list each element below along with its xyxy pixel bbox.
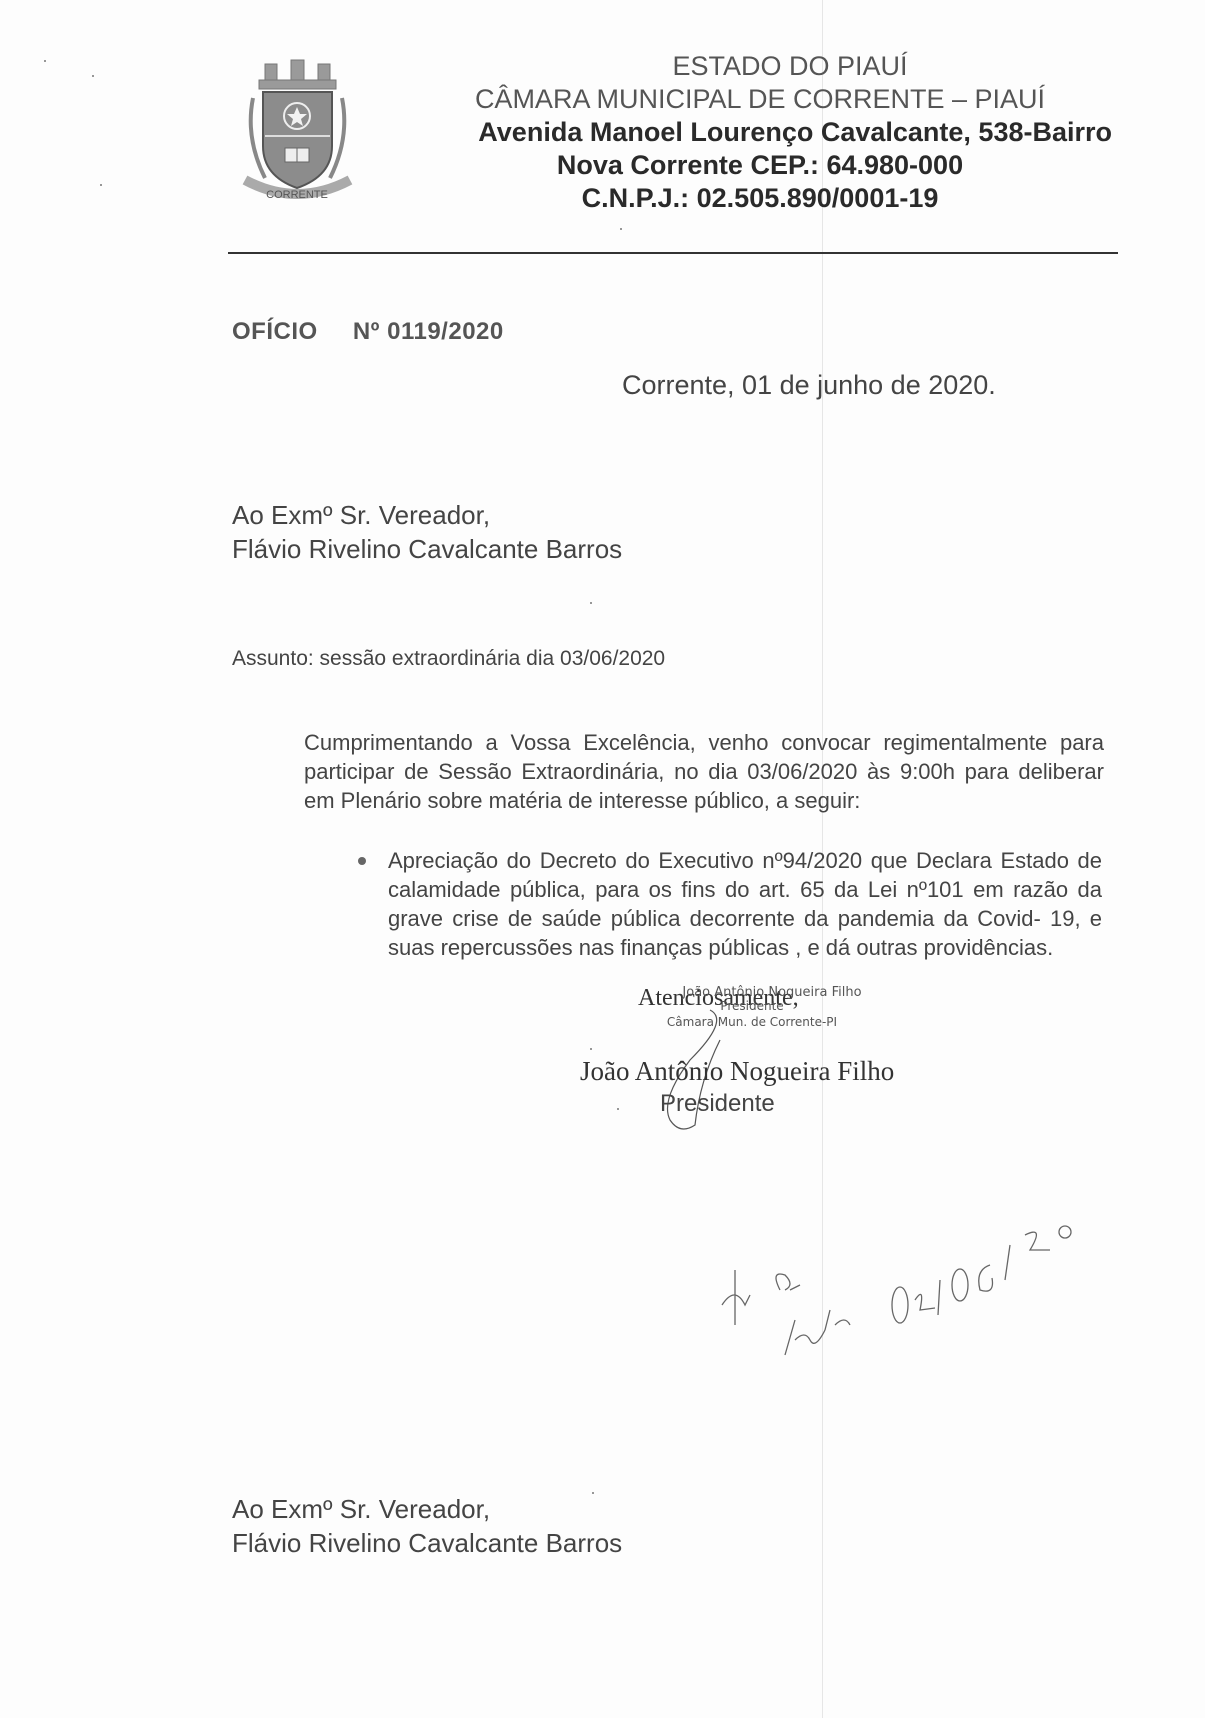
oficio-label: OFÍCIO	[232, 318, 318, 345]
letterhead-chamber: CÂMARA MUNICIPAL DE CORRENTE – PIAUÍ	[400, 83, 1120, 116]
letterhead: ESTADO DO PIAUÍ CÂMARA MUNICIPAL DE CORR…	[400, 50, 1120, 215]
bullet-icon	[358, 857, 366, 865]
municipal-coat-of-arms-icon: CORRENTE	[235, 58, 360, 208]
scan-speck	[92, 75, 94, 77]
addressee-salutation: Ao Exmº Sr. Vereador,	[232, 498, 622, 532]
addressee-salutation: Ao Exmº Sr. Vereador,	[232, 1492, 622, 1526]
addressee-top: Ao Exmº Sr. Vereador, Flávio Rivelino Ca…	[232, 498, 622, 566]
oficio-number: Nº 0119/2020	[353, 318, 504, 345]
scan-speck	[44, 60, 46, 62]
signer-role: Presidente	[660, 1090, 775, 1118]
letterhead-address: Avenida Manoel Lourenço Cavalcante, 538-…	[400, 116, 1120, 149]
scan-speck	[620, 228, 622, 230]
agenda-list: Apreciação do Decreto do Executivo nº94/…	[388, 846, 1102, 962]
letterhead-cep: Nova Corrente CEP.: 64.980-000	[400, 149, 1120, 182]
oficio-heading: OFÍCIO Nº 0119/2020	[232, 318, 504, 346]
subject-line: Assunto: sessão extraordinária dia 03/06…	[232, 647, 665, 671]
scan-speck	[100, 184, 102, 186]
agenda-item: Apreciação do Decreto do Executivo nº94/…	[388, 846, 1102, 962]
addressee-bottom: Ao Exmº Sr. Vereador, Flávio Rivelino Ca…	[232, 1492, 622, 1560]
svg-text:CORRENTE: CORRENTE	[266, 189, 328, 201]
signer-name: João Antônio Nogueira Filho	[580, 1056, 894, 1087]
scan-speck	[590, 602, 592, 604]
body-text: Cumprimentando a Vossa Excelência, venho…	[232, 728, 1104, 815]
header-divider	[228, 252, 1118, 254]
body-paragraph: Cumprimentando a Vossa Excelência, venho…	[232, 728, 1104, 815]
scan-speck	[590, 1048, 592, 1050]
addressee-name: Flávio Rivelino Cavalcante Barros	[232, 532, 622, 566]
addressee-name: Flávio Rivelino Cavalcante Barros	[232, 1526, 622, 1560]
stamp-name: João Antônio Nogueira Filho	[672, 985, 872, 1000]
letterhead-cnpj: C.N.P.J.: 02.505.890/0001-19	[400, 182, 1120, 215]
handwritten-receipt-note-icon	[700, 1190, 1120, 1400]
letterhead-state: ESTADO DO PIAUÍ	[400, 50, 1120, 83]
agenda-item-text: Apreciação do Decreto do Executivo nº94/…	[388, 848, 1102, 960]
scan-speck	[617, 1108, 619, 1110]
letter-date: Corrente, 01 de junho de 2020.	[622, 370, 996, 401]
